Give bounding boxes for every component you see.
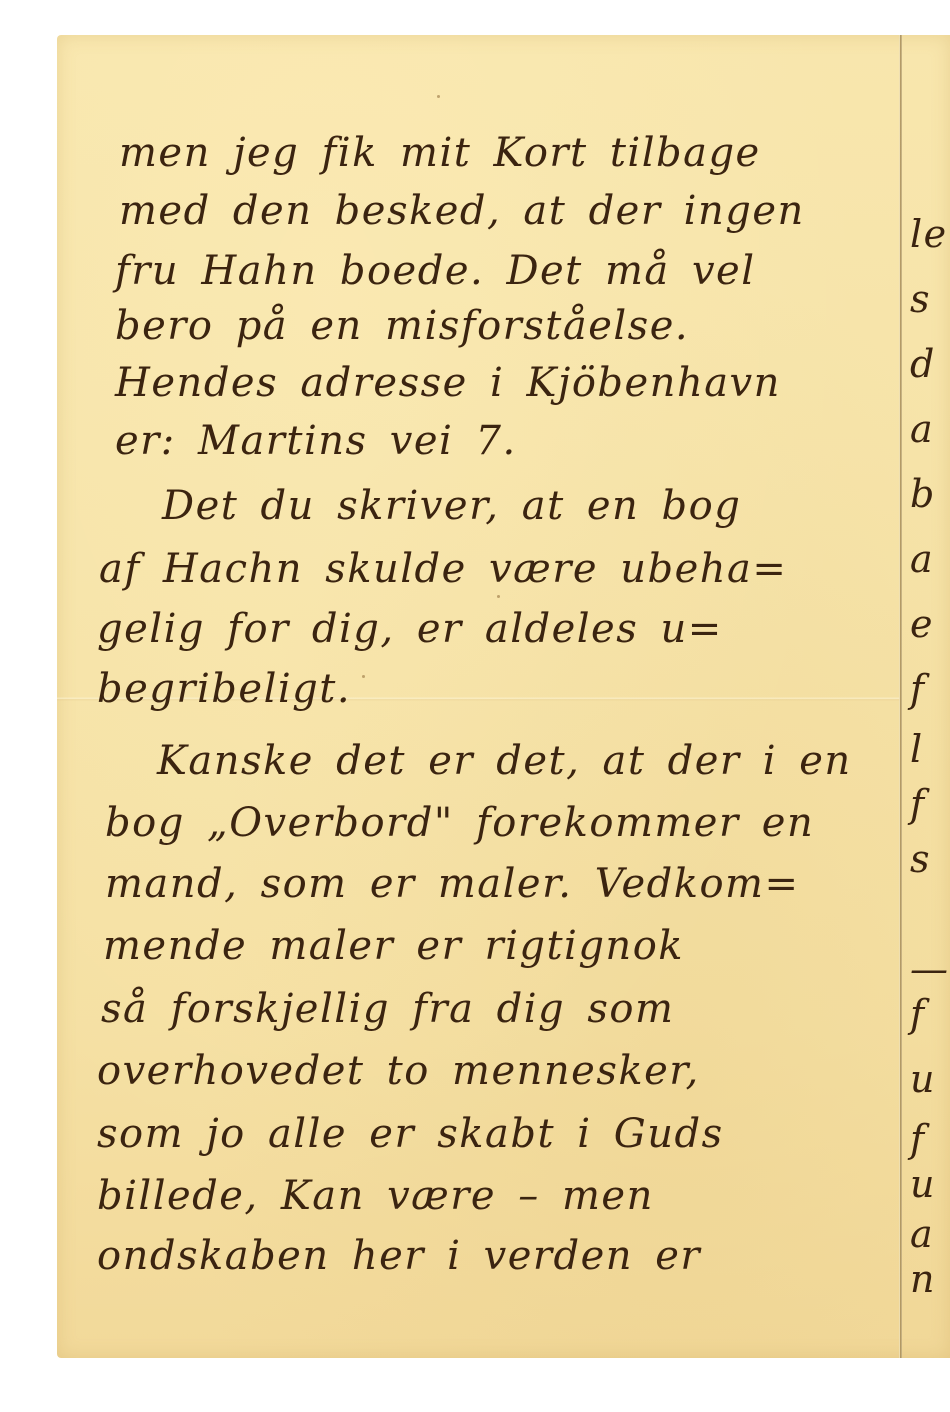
- letter-line-fragment: f: [910, 780, 926, 828]
- letter-line: er: Martins vei 7.: [115, 415, 517, 467]
- letter-line: gelig for dig, er aldeles u=: [97, 603, 723, 655]
- letter-line: med den besked, at der ingen: [119, 185, 805, 237]
- letter-line: men jeg fik mit Kort tilbage: [119, 127, 761, 179]
- letter-page-left: men jeg fik mit Kort tilbage med den bes…: [57, 35, 899, 1358]
- letter-line: overhovedet to mennesker,: [97, 1045, 700, 1097]
- paper-speck: [437, 95, 440, 98]
- letter-line-fragment: a: [910, 1210, 934, 1258]
- letter-line: bog „Overbord" forekommer en: [105, 797, 814, 849]
- letter-line-fragment: a: [910, 535, 934, 583]
- letter-line-fragment: u: [910, 1055, 936, 1103]
- letter-line: så forskjellig fra dig som: [101, 983, 674, 1035]
- letter-line: Kanske det er det, at der i en: [157, 735, 852, 787]
- letter-line-fragment: a: [910, 405, 934, 453]
- letter-line-fragment: s: [910, 275, 931, 323]
- letter-line: mende maler er rigtignok: [103, 920, 684, 972]
- letter-line-fragment: d: [910, 340, 936, 388]
- letter-line: mand, som er maler. Vedkom=: [105, 858, 800, 910]
- letter-line-fragment: u: [910, 1160, 936, 1208]
- letter-line: bero på en misforståelse.: [115, 300, 689, 352]
- letter-line: ondskaben her i verden er: [97, 1230, 701, 1282]
- letter-line: af Hachn skulde være ubeha=: [99, 543, 787, 595]
- letter-line-fragment: l: [910, 725, 924, 773]
- letter-line-fragment: b: [910, 470, 936, 518]
- letter-line: som jo alle er skabt i Guds: [97, 1108, 724, 1160]
- letter-line-fragment: n: [910, 1255, 936, 1303]
- letter-line: Det du skriver, at en bog: [162, 480, 741, 532]
- letter-page-right-edge: le s d a b a e f l f s — f u f u a n: [902, 35, 950, 1358]
- letter-line-fragment: s: [910, 835, 931, 883]
- letter-line: billede, Kan være – men: [97, 1170, 654, 1222]
- letter-line-fragment: f: [910, 990, 926, 1038]
- letter-line-fragment: f: [910, 665, 926, 713]
- letter-line: fru Hahn boede. Det må vel: [115, 245, 756, 297]
- letter-line-fragment: e: [910, 600, 934, 648]
- paper-speck: [362, 675, 365, 678]
- letter-line: Hendes adresse i Kjöbenhavn: [115, 357, 781, 409]
- paper-speck: [497, 595, 500, 598]
- letter-line-fragment: f: [910, 1115, 926, 1163]
- letter-line-fragment: —: [910, 945, 950, 993]
- letter-line-fragment: le: [910, 210, 948, 258]
- letter-line: begribeligt.: [97, 663, 351, 715]
